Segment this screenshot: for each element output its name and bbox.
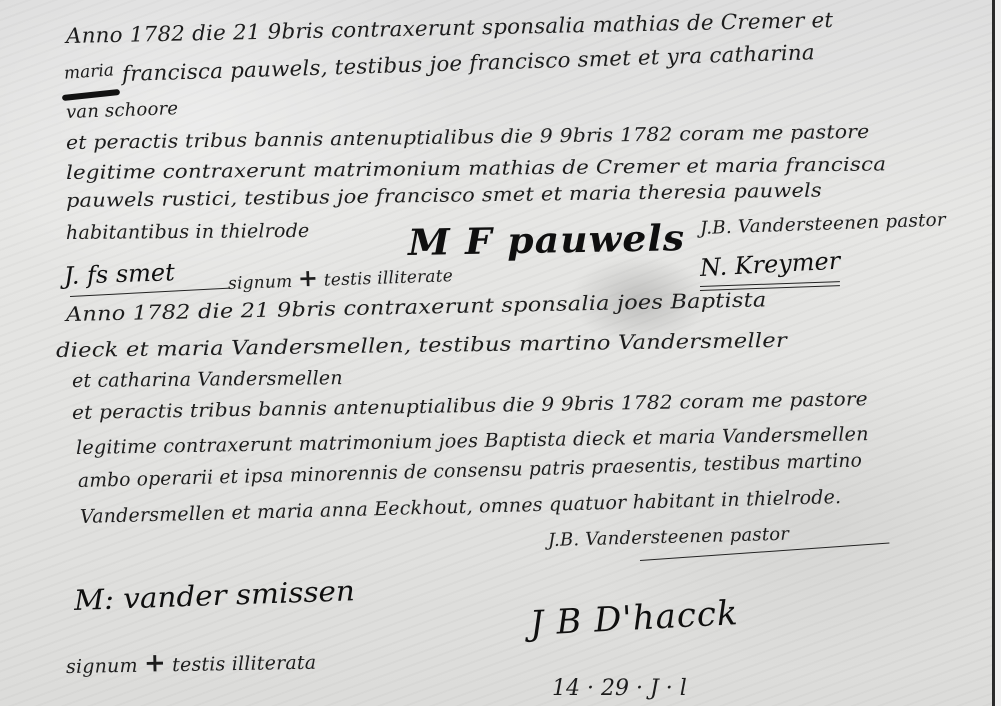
- entry1-betrothal-line-2: francisca pauwels, testibus joe francisc…: [122, 40, 816, 86]
- signature-kreymer: N. Kreymer: [699, 247, 841, 282]
- entry2-marriage-line-1: et peractis tribus bannis antenuptialibu…: [72, 388, 868, 424]
- signum-label-2: signum: [66, 655, 138, 678]
- entry1-marriage-line-3: pauwels rustici, testibus joe francisco …: [66, 179, 822, 212]
- page-outer-margin: [995, 0, 1001, 706]
- signature-vander-smissen: M: vander smissen: [73, 574, 355, 617]
- entry2-betrothal-line-1: Anno 1782 die 21 9bris contraxerunt spon…: [66, 287, 767, 326]
- witness-mark-2: signum + testis illiterata: [66, 646, 317, 680]
- entry1-marriage-line-4: habitantibus in thielrode: [66, 220, 310, 244]
- cross-mark-icon: +: [297, 263, 318, 293]
- signature-pauwels: M F pauwels: [408, 217, 686, 264]
- page-reference: 14 · 29 · J · l: [552, 676, 687, 701]
- pastor-signature-2: J.B. Vandersteenen pastor: [548, 524, 790, 551]
- signature-smet-flourish: [70, 288, 230, 297]
- margin-note-maria: maria: [63, 60, 114, 83]
- testis-illiterate-label-1: testis illiterate: [324, 266, 454, 290]
- entry1-marriage-line-1: et peractis tribus bannis antenuptialibu…: [66, 121, 870, 154]
- struck-out-mark: [62, 89, 120, 101]
- signum-label-1: signum: [228, 272, 293, 294]
- entry2-betrothal-line-3: et catharina Vandersmellen: [72, 367, 343, 392]
- pastor-signature-1: J.B. Vandersteenen pastor: [700, 209, 947, 239]
- register-page: Anno 1782 die 21 9bris contraxerunt spon…: [0, 0, 1001, 706]
- entry1-betrothal-line-3: van schoore: [66, 98, 179, 123]
- cross-mark-icon: +: [144, 648, 167, 678]
- signature-smet: J. fs smet: [64, 258, 176, 290]
- signature-dhacck: J B D'hacck: [529, 593, 740, 644]
- entry2-marriage-line-4: Vandersmellen et maria anna Eeckhout, om…: [80, 486, 842, 528]
- entry2-betrothal-line-2: dieck et maria Vandersmellen, testibus m…: [56, 328, 787, 362]
- witness-mark-1: signum + testis illiterate: [227, 258, 453, 295]
- entry1-betrothal-line-1: Anno 1782 die 21 9bris contraxerunt spon…: [66, 8, 834, 48]
- testis-illiterata-label-2: testis illiterata: [172, 652, 316, 677]
